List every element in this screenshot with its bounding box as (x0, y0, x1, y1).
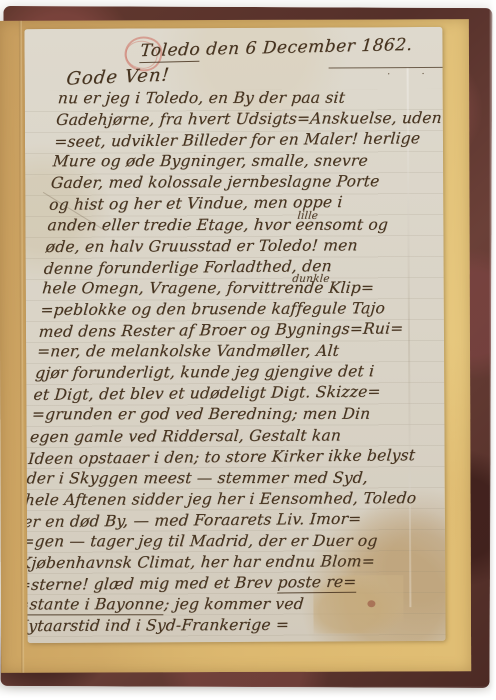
inserted-word: dunkle (291, 269, 330, 290)
letter-line: dunklehele Omegn, Vragene, forvittrende … (41, 277, 445, 299)
date-text: den 6 December 1862. (199, 35, 413, 60)
letter-line: =ner, de melankolske Vandmøller, Alt (36, 341, 440, 363)
letter-line: Mure og øde Bygninger, smalle, snevre (52, 151, 446, 173)
letter-body: nu er jeg i Toledo, en By der paa sit Ga… (24, 87, 445, 638)
photo-edge-fade-bottom (0, 686, 496, 700)
line-text: =peblokke og den brusende kaffegule Tajo (40, 299, 386, 319)
line-text: Gader, med kolossale jernbeslagne Porte (50, 173, 380, 193)
line-text: =seet, udvikler Billeder for en Maler! h… (54, 129, 421, 151)
underline-flourish (329, 67, 445, 73)
letter-paper: Toledo den 6 December 1862. Gode Ven! nu… (24, 27, 445, 643)
line-text: =gen — tager jeg til Madrid, der er Duer… (24, 532, 378, 551)
photo-edge-fade-right (489, 0, 496, 700)
line-text: Mure og øde Bygninger, smalle, snevre (52, 152, 369, 171)
place-name: Toledo (139, 40, 201, 63)
letter-line: =stante i Bayonne; jeg kommer ved (24, 594, 419, 616)
line-text: øde, en halv Gruusstad er Toledo! men (45, 236, 358, 256)
letter-photograph: Toledo den 6 December 1862. Gode Ven! nu… (0, 0, 496, 700)
letter-line: og hist og her et Vindue, men oppe i (48, 191, 445, 216)
line-text: denne forunderlige Forladthed, den (43, 257, 332, 278)
line-text: =sterne! glæd mig med et Brev (24, 574, 278, 594)
letter-line: Nytaarstid ind i Syd-Frankerige = (24, 614, 417, 637)
line-text: med dens Rester af Broer og Bygnings=Rui… (38, 319, 404, 341)
letter-line: =seet, udvikler Billeder for en Maler! h… (53, 128, 445, 153)
line-text: nu er jeg i Toledo, en By der paa sit (57, 89, 346, 108)
underlined-text: =stante i Bayonne (24, 595, 165, 615)
line-text: hele Aftenen sidder jeg her i Eensomhed,… (24, 489, 417, 509)
line-text: der i Skyggen meest — stemmer med Syd, (26, 468, 369, 487)
line-text: gjør forunderligt, kunde jeg gjengive de… (35, 362, 375, 382)
inserted-word: lille (297, 205, 319, 226)
line-text: =grunden er god ved Beredning; men Din (31, 405, 371, 424)
line-text: egen gamle ved Riddersal, Gestalt kan (29, 426, 342, 446)
letter-line: denne forunderlige Forladthed, den (43, 255, 446, 280)
line-text: Nytaarstid ind i Syd-Frankerige = (24, 616, 289, 635)
letter-line: øde, en halv Gruusstad er Toledo! men (45, 235, 446, 258)
line-text: Kjøbenhavnsk Climat, her har endnu Blom= (24, 552, 375, 572)
line-text: Ideen opstaaer i den; to store Kirker ik… (28, 446, 416, 468)
underlined-text: poste re= (277, 573, 358, 594)
letter-dateline: Toledo den 6 December 1862. (139, 34, 441, 61)
letter-line: Ideen opstaaer i den; to store Kirker ik… (27, 445, 431, 470)
letter-line: er en død By, — med Foraarets Liv. Imor= (24, 508, 426, 533)
letter-line: =grunden er god ved Beredning; men Din (31, 404, 435, 426)
line-text: anden eller tredie Etage, hvor eensomt o… (47, 215, 389, 234)
letter-line: der i Skyggen meest — stemmer med Syd, (26, 467, 430, 489)
salutation: Gode Ven! (65, 65, 170, 90)
letter-line: med dens Rester af Broer og Bygnings=Rui… (38, 318, 442, 343)
letter-line: nu er jeg i Toledo, en By der paa sit (57, 88, 446, 110)
letter-line: =sterne! glæd mig med et Brev poste re= (24, 571, 420, 596)
album-fold-crease (19, 21, 24, 673)
line-text: =ner, de melankolske Vandmøller, Alt (36, 342, 340, 361)
letter-line: =gen — tager jeg til Madrid, der er Duer… (24, 531, 424, 553)
line-text: et Digt, det blev et udødeligt Digt. Ski… (33, 383, 382, 404)
line-text: er en død By, — med Foraarets Liv. Imor= (24, 510, 362, 531)
line-text: Gadehjørne, fra hvert Udsigts=Anskuelse,… (55, 109, 445, 129)
letter-line: lilleanden eller tredie Etage, hvor eens… (47, 214, 446, 236)
line-text-after: ; jeg kommer ved (163, 595, 304, 613)
letter-line: egen gamle ved Riddersal, Gestalt kan (29, 424, 433, 447)
letter-line: et Digt, det blev et udødeligt Digt. Ski… (33, 381, 437, 406)
letter-line: =peblokke og den brusende kaffegule Tajo (40, 298, 444, 321)
letter-line: hele Aftenen sidder jeg her i Eensomhed,… (24, 488, 427, 511)
